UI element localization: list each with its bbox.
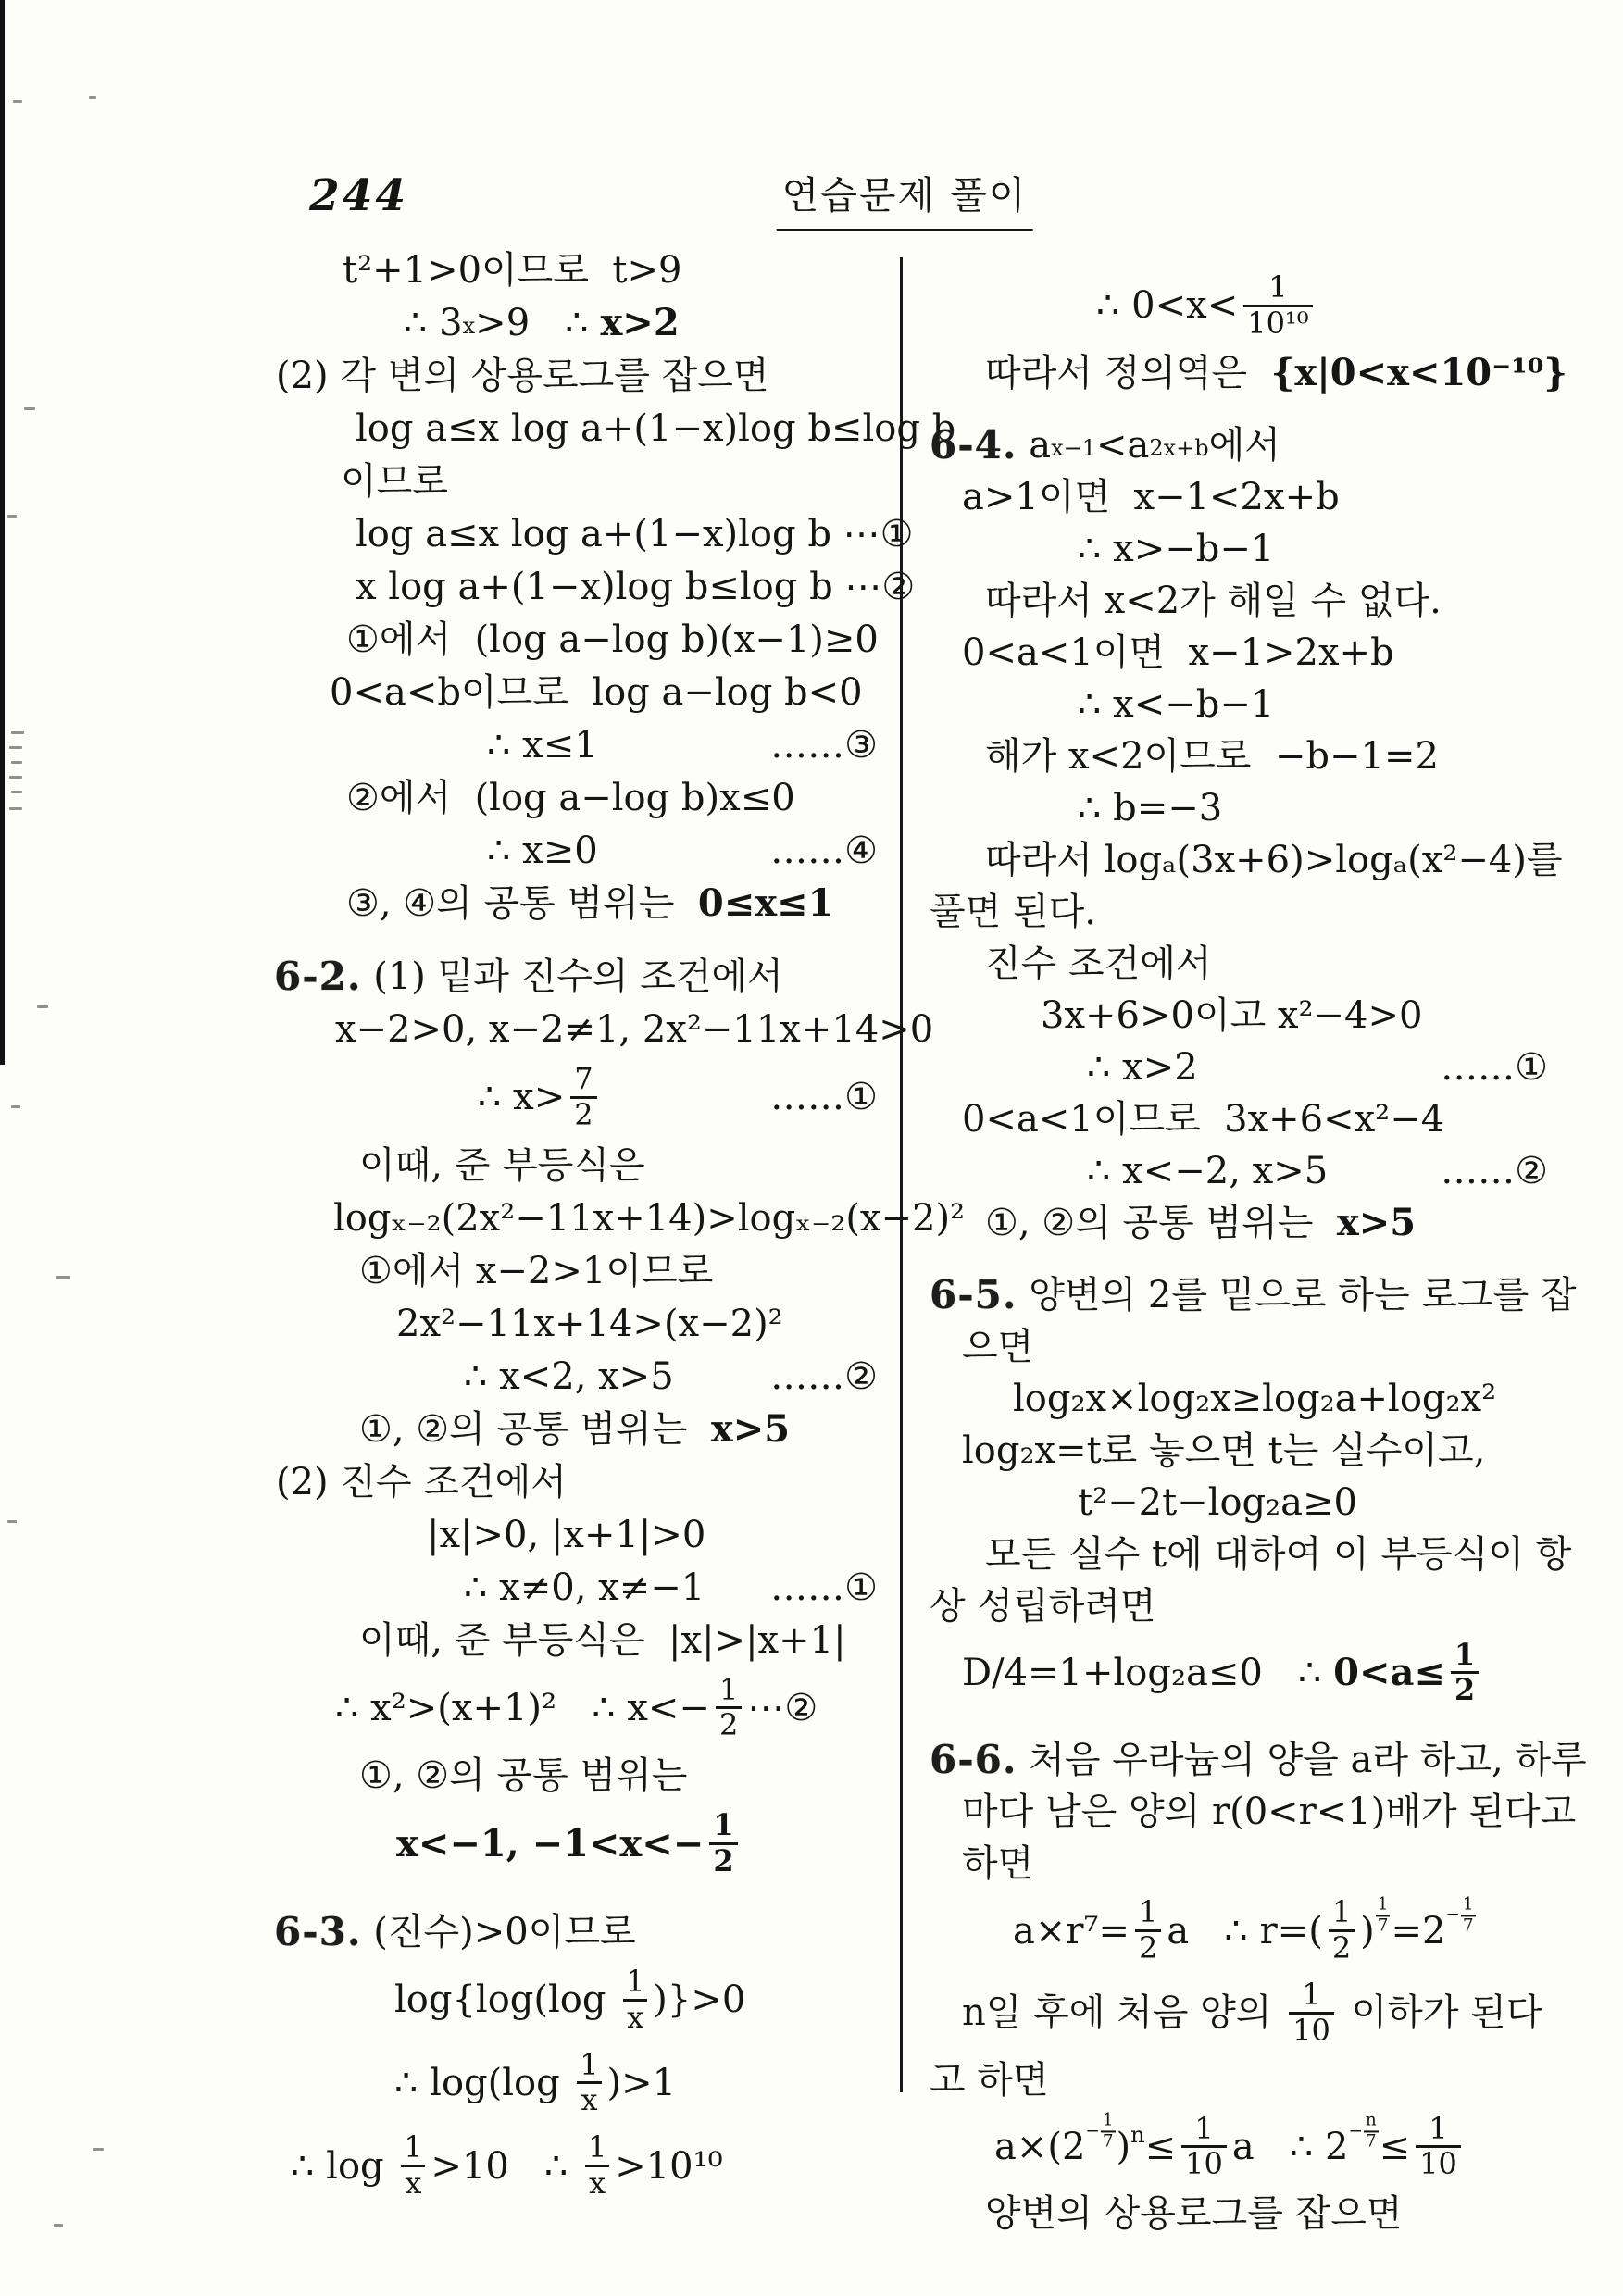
solution-line: 이때, 준 부등식은 |x|>|x+1| xyxy=(359,1618,878,1663)
denominator: 2 xyxy=(716,1706,742,1742)
solution-line: 따라서 x<2가 해일 수 없다. xyxy=(985,579,1548,623)
text-run: 이때, 준 부등식은 xyxy=(359,1143,645,1188)
math-run: ③, ④의 공통 범위는 xyxy=(346,881,698,926)
math-run: ) xyxy=(1360,1909,1375,1953)
math-run: ≤ xyxy=(1380,2125,1411,2169)
exponent: 2x+b xyxy=(1149,426,1208,470)
fraction: 12 xyxy=(1329,1896,1355,1965)
fraction: n7 xyxy=(1364,2112,1379,2152)
solution-line: 이때, 준 부등식은 xyxy=(359,1143,878,1188)
scan-speck xyxy=(11,761,22,764)
math-run: 2x²−11x+14>(x−2)² xyxy=(396,1302,783,1346)
answer-emphasis: x>5 xyxy=(711,1407,790,1452)
scan-speck xyxy=(89,96,96,99)
fraction: 72 xyxy=(570,1063,596,1132)
math-run: x log a+(1−x)log b≤log b ⋯② xyxy=(356,565,915,609)
math-run: >10 ∴ xyxy=(431,2144,580,2189)
solution-line: ∴ x<−b−1 xyxy=(1078,682,1548,727)
circled-ref: ⋯② xyxy=(747,1686,818,1730)
solution-line: log₂x=t로 놓으면 t는 실수이고, xyxy=(962,1429,1548,1473)
math-run: 2 xyxy=(1062,2125,1085,2169)
math-run: log{log(log xyxy=(394,1978,618,2022)
fraction: 110 xyxy=(1289,1978,1334,2048)
solution-line: 으면 xyxy=(962,1325,1548,1369)
fraction: 1x xyxy=(577,2049,601,2118)
denominator: 10 xyxy=(1181,2145,1227,2181)
numerator: 1 xyxy=(1302,1978,1320,2012)
fraction: 110 xyxy=(1416,2113,1461,2182)
text-run: (1) 밑과 진수의 조건에서 xyxy=(362,955,783,999)
solution-line: 따라서 logₐ(3x+6)>logₐ(x²−4)를 xyxy=(985,838,1548,882)
solution-line: ∴ x>72……① xyxy=(478,1060,878,1135)
text-run: 양변의 상용로그를 잡으면 xyxy=(985,2191,1402,2236)
math-run: log a≤x log a+(1−x)log b ⋯① xyxy=(356,512,914,556)
circled-ref: ……④ xyxy=(770,829,878,873)
solution-line: t²+1>0이므로 t>9 xyxy=(343,248,878,293)
solution-line: n일 후에 처음 양의 110 이하가 된다 xyxy=(962,1976,1548,2051)
solution-line: a×(2−17)n≤110a ∴ 2−n7≤110 xyxy=(994,2110,1548,2185)
math-run: ∴ x>−b−1 xyxy=(1078,527,1274,571)
math-run: ∴ 0<x< xyxy=(1096,283,1238,328)
denominator: 10¹⁰ xyxy=(1243,305,1312,341)
denominator: 2 xyxy=(1135,1929,1161,1965)
solution-line: ∴ x<2, x>5……② xyxy=(464,1354,878,1399)
circled-ref: ……① xyxy=(1441,1045,1548,1090)
scan-speck xyxy=(54,2224,63,2227)
scan-speck xyxy=(7,515,17,518)
section-number: 6-4. xyxy=(930,423,1017,468)
numerator: 1 xyxy=(404,2131,422,2165)
scan-edge-bar xyxy=(0,0,5,1065)
exponent-fraction: 17 xyxy=(1375,1895,1392,1935)
math-run: x−2>0, x−2≠1, 2x²−11x+14>0 xyxy=(335,1007,933,1052)
text-run: 이므로 xyxy=(341,459,448,504)
math-run: ∴ x<−2, x>5 xyxy=(1087,1149,1328,1193)
solution-line: ①, ②의 공통 범위는 x>5 xyxy=(985,1201,1548,1245)
solution-line: ∴ log 1x>10 ∴ 1x>10¹⁰ xyxy=(291,2128,878,2203)
text-run: 상 성립하려면 xyxy=(930,1584,1156,1628)
solution-line: ①에서 (log a−log b)(x−1)≥0 xyxy=(346,618,878,662)
solution-line: a>1이면 x−1<2x+b xyxy=(962,475,1548,519)
text-run: 따라서 정의역은 xyxy=(985,351,1271,395)
math-run: ①, ②의 공통 범위는 xyxy=(985,1201,1337,1245)
solution-line: log a≤x log a+(1−x)log b≤log b xyxy=(356,406,878,451)
exponent: n xyxy=(1130,2113,1144,2157)
circled-ref: ……① xyxy=(770,1566,878,1610)
solution-line: a×r⁷=12a ∴ r=(12)17=2−17 xyxy=(1013,1893,1548,1968)
math-run: |x|>0, |x+1|>0 xyxy=(427,1513,705,1557)
fraction: 110 xyxy=(1181,2113,1227,2182)
math-run: log a≤x log a+(1−x)log b≤log b xyxy=(356,406,955,451)
math-run: >10¹⁰ xyxy=(615,2144,722,2189)
denominator: x xyxy=(401,2165,425,2201)
math-run: ②에서 (log a−log b)x≤0 xyxy=(346,776,795,820)
denominator: 10 xyxy=(1289,2012,1334,2048)
exponent-fraction: −n7 xyxy=(1348,2112,1379,2152)
math-run: )}>0 xyxy=(653,1978,745,2022)
denominator: x xyxy=(577,2081,601,2117)
math-run: ①에서 x−2>1이므로 xyxy=(359,1249,713,1293)
math-run: D/4=1+log₂a≤0 ∴ xyxy=(962,1651,1333,1695)
math-run: ∴ x<2, x>5 xyxy=(464,1354,674,1399)
math-run: a ∴ 2 xyxy=(1232,2125,1349,2169)
text-run: (2) 각 변의 상용로그를 잡으면 xyxy=(276,354,769,398)
numerator: 1 xyxy=(1463,1895,1474,1915)
math-run: logₓ₋₂(2x²−11x+14)>logₓ₋₂(x−2)² xyxy=(333,1196,965,1241)
denominator: 2 xyxy=(1451,1671,1479,1707)
denominator: 2 xyxy=(570,1096,596,1132)
solution-line: logₓ₋₂(2x²−11x+14)>logₓ₋₂(x−2)² xyxy=(333,1196,878,1241)
answer-emphasis: 0≤x≤1 xyxy=(698,881,834,926)
math-run: a×r⁷= xyxy=(1013,1909,1130,1953)
math-run: log₂x=t로 놓으면 t는 실수이고, xyxy=(962,1429,1485,1473)
fraction: 12 xyxy=(1451,1639,1479,1708)
solution-line: 고 하면 xyxy=(930,2058,1548,2103)
exponent: x−1 xyxy=(1051,426,1096,470)
solution-line: ②에서 (log a−log b)x≤0 xyxy=(346,776,878,820)
math-run: 0<a<1이면 x−1>2x+b xyxy=(962,630,1394,675)
math-run: ∴ b=−3 xyxy=(1078,786,1222,830)
text-run: (진수)>0이므로 xyxy=(362,1910,636,1954)
denominator: 7 xyxy=(1461,1915,1476,1936)
numerator: 1 xyxy=(719,1674,738,1707)
text-run: (2) 진수 조건에서 xyxy=(276,1460,567,1504)
section-line: 6-4. ax−1<a2x+b에서 xyxy=(930,423,1548,468)
section-line: 6-5. 양변의 2를 밑으로 하는 로그를 잡 xyxy=(930,1273,1548,1317)
math-run: 0<a<b이므로 log a−log b<0 xyxy=(330,670,863,715)
solution-line: 2x²−11x+14>(x−2)² xyxy=(396,1302,878,1346)
solution-line: t²−2t−log₂a≥0 xyxy=(1078,1480,1548,1525)
math-run: >9 ∴ xyxy=(475,301,600,345)
exponent-fraction: −17 xyxy=(1085,2112,1116,2152)
scan-speck xyxy=(11,731,24,734)
numerator: n xyxy=(1366,2112,1377,2131)
scan-speck xyxy=(56,1276,70,1279)
text-run: 하면 xyxy=(962,1841,1033,1886)
math-run: 3x+6>0이고 x²−4>0 xyxy=(1041,993,1422,1038)
fraction: 110¹⁰ xyxy=(1243,271,1312,341)
fraction: 1x xyxy=(401,2131,425,2201)
math-run: ①, ②의 공통 범위는 xyxy=(359,1407,711,1452)
math-run: 0<a<1이므로 3x+6<x²−4 xyxy=(962,1097,1444,1142)
minus-sign: − xyxy=(1085,2123,1099,2140)
solution-line: ∴ x≠0, x≠−1……① xyxy=(464,1566,878,1610)
solution-line: x−2>0, x−2≠1, 2x²−11x+14>0 xyxy=(335,1007,878,1052)
page-number: 244 xyxy=(309,170,408,221)
section-number: 6-6. xyxy=(930,1738,1017,1782)
minus-sign: − xyxy=(1348,2123,1362,2140)
solution-line: log₂x×log₂x≥log₂a+log₂x² xyxy=(1013,1377,1548,1421)
scan-speck xyxy=(37,1005,48,1008)
math-run: log₂x×log₂x≥log₂a+log₂x² xyxy=(1013,1377,1496,1421)
answer-emphasis: x>2 xyxy=(600,301,679,345)
fraction: 17 xyxy=(1461,1895,1476,1935)
math-run: ①, ②의 공통 범위는 xyxy=(359,1753,687,1798)
section-line: 6-3. (진수)>0이므로 xyxy=(274,1910,878,1954)
solution-line: 따라서 정의역은 {x|0<x<10⁻¹⁰} xyxy=(985,351,1548,395)
scan-speck xyxy=(7,1520,17,1523)
fraction: 12 xyxy=(1135,1896,1161,1965)
numerator: 1 xyxy=(1454,1639,1475,1672)
scan-speck xyxy=(93,2148,104,2151)
denominator: 7 xyxy=(1376,1915,1391,1936)
scan-speck xyxy=(11,1105,20,1108)
page-title: 연습문제 풀이 xyxy=(777,165,1033,231)
solution-line: 진수 조건에서 xyxy=(985,942,1548,986)
solution-line: |x|>0, |x+1|>0 xyxy=(427,1513,878,1557)
section-line: 6-6. 처음 우라늄의 양을 a라 하고, 하루 xyxy=(930,1738,1548,1782)
right-column: ∴ 0<x<110¹⁰ 따라서 정의역은 {x|0<x<10⁻¹⁰} 6-4. … xyxy=(930,268,1548,2243)
scan-speck xyxy=(11,791,22,793)
solution-line: (2) 각 변의 상용로그를 잡으면 xyxy=(276,354,878,398)
math-run: ) xyxy=(1117,2125,1131,2169)
denominator: 2 xyxy=(1329,1929,1355,1965)
solution-line: ∴ log(log 1x)>1 xyxy=(394,2046,878,2121)
solution-line: 모든 실수 t에 대하여 이 부등식이 항 xyxy=(985,1532,1548,1577)
math-run: ≤ xyxy=(1145,2125,1177,2169)
numerator: 1 xyxy=(1332,1896,1351,1929)
solution-line: 이므로 xyxy=(341,459,878,504)
solution-line: 0<a<b이므로 log a−log b<0 xyxy=(330,670,878,715)
math-run: 이때, 준 부등식은 |x|>|x+1| xyxy=(359,1618,846,1663)
text-run: 처음 우라늄의 양을 a라 하고, 하루 xyxy=(1017,1738,1587,1782)
math-run: ∴ x≥0 xyxy=(487,829,598,873)
solution-line: (2) 진수 조건에서 xyxy=(276,1460,878,1504)
solution-line: ∴ x²>(x+1)² ∴ x<−12⋯② xyxy=(335,1671,878,1746)
section-number: 6-3. xyxy=(274,1910,362,1954)
solution-line: ∴ x<−2, x>5……② xyxy=(1087,1149,1548,1193)
text-run: n일 후에 처음 양의 xyxy=(962,1990,1283,2035)
text-run: 따라서 x<2가 해일 수 없다. xyxy=(985,579,1442,623)
text-run: 이하가 된다 xyxy=(1340,1990,1542,2035)
denominator: 7 xyxy=(1364,2130,1379,2152)
answer-emphasis: x>5 xyxy=(1337,1201,1416,1245)
numerator: 1 xyxy=(1378,1895,1389,1915)
fraction: 12 xyxy=(709,1809,737,1878)
math-run: a xyxy=(1017,423,1052,468)
numerator: 1 xyxy=(1429,2113,1447,2146)
solution-line: ∴ 3x>9 ∴ x>2 xyxy=(404,301,878,345)
text-run: 으면 xyxy=(962,1325,1033,1369)
solution-line: 하면 xyxy=(962,1841,1548,1886)
answer-emphasis: {x|0<x<10⁻¹⁰} xyxy=(1271,351,1567,395)
denominator: x xyxy=(585,2165,609,2201)
math-run: <a xyxy=(1096,423,1149,468)
math-run: ∴ log xyxy=(291,2144,395,2189)
math-run: ∴ x> xyxy=(478,1075,565,1119)
denominator: 10 xyxy=(1416,2145,1461,2181)
solution-line: 풀면 된다. xyxy=(930,890,1548,934)
math-run: ∴ x<−b−1 xyxy=(1078,682,1274,727)
numerator: 1 xyxy=(588,2131,606,2165)
solution-line: ③, ④의 공통 범위는 0≤x≤1 xyxy=(346,881,878,926)
math-run: t²+1>0이므로 t>9 xyxy=(343,248,681,293)
scan-speck xyxy=(9,746,22,749)
left-column: t²+1>0이므로 t>9 ∴ 3x>9 ∴ x>2 (2) 각 변의 상용로그… xyxy=(274,248,878,2212)
solution-line: ∴ b=−3 xyxy=(1078,786,1548,830)
numerator: 1 xyxy=(1268,271,1287,305)
exponent-fraction: −17 xyxy=(1445,1895,1476,1935)
fraction: 17 xyxy=(1101,2112,1116,2152)
numerator: 1 xyxy=(580,2049,598,2082)
math-run: ∴ x>2 xyxy=(1087,1045,1198,1090)
denominator: x xyxy=(623,1999,647,2035)
section-number: 6-5. xyxy=(930,1273,1017,1317)
math-run: ∴ log(log xyxy=(394,2061,571,2105)
numerator: 1 xyxy=(626,1965,644,1999)
solution-line: D/4=1+log₂a≤0 ∴ 0<a≤12 xyxy=(962,1636,1548,1711)
solution-line: log a≤x log a+(1−x)log b ⋯① xyxy=(356,512,878,556)
exponent: x xyxy=(463,304,476,348)
scan-speck xyxy=(9,807,22,810)
solution-line: ∴ x≥0……④ xyxy=(487,829,878,873)
solution-line: ①, ②의 공통 범위는 x>5 xyxy=(359,1407,878,1452)
denominator: 2 xyxy=(709,1842,737,1878)
scan-speck xyxy=(9,776,22,779)
solution-line: ①에서 x−2>1이므로 xyxy=(359,1249,878,1293)
solution-line: ∴ x>2……① xyxy=(1087,1045,1548,1090)
math-run: ∴ 3 xyxy=(404,301,463,345)
solution-line: 상 성립하려면 xyxy=(930,1584,1548,1628)
answer-emphasis: x<−1, −1<x<− xyxy=(396,1822,704,1866)
math-run: ∴ x≤1 xyxy=(487,723,598,767)
circled-ref: ……③ xyxy=(770,723,878,767)
text-run: 마다 남은 양의 r(0<r<1)배가 된다고 xyxy=(962,1790,1576,1834)
answer-emphasis: 0<a≤ xyxy=(1333,1651,1445,1695)
math-run: a>1이면 x−1<2x+b xyxy=(962,475,1340,519)
fraction: 17 xyxy=(1376,1895,1391,1935)
solution-line: ∴ x>−b−1 xyxy=(1078,527,1548,571)
solution-line: 양변의 상용로그를 잡으면 xyxy=(985,2191,1548,2236)
solution-line: ∴ x≤1……③ xyxy=(487,723,878,767)
minus-sign: − xyxy=(1445,1907,1459,1924)
solution-line: 0<a<1이므로 3x+6<x²−4 xyxy=(962,1097,1548,1142)
textbook-page: 244 연습문제 풀이 t²+1>0이므로 t>9 ∴ 3x>9 ∴ x>2 (… xyxy=(0,0,1623,2296)
text-run: 모든 실수 t에 대하여 이 부등식이 항 xyxy=(985,1532,1571,1577)
solution-line: ①, ②의 공통 범위는 xyxy=(359,1753,878,1798)
math-run: ①에서 (log a−log b)(x−1)≥0 xyxy=(346,618,879,662)
solution-line: log{log(log 1x)}>0 xyxy=(394,1963,878,2038)
numerator: 1 xyxy=(713,1809,733,1842)
solution-line: x<−1, −1<x<−12 xyxy=(396,1806,878,1881)
math-run: ∴ x≠0, x≠−1 xyxy=(464,1566,705,1610)
denominator: 7 xyxy=(1101,2130,1116,2152)
solution-line: ∴ 0<x<110¹⁰ xyxy=(1096,268,1548,343)
section-line: 6-2. (1) 밑과 진수의 조건에서 xyxy=(274,955,878,999)
numerator: 1 xyxy=(1194,2113,1213,2146)
math-run: =2 xyxy=(1391,1909,1445,1953)
math-run: a×( xyxy=(994,2125,1062,2169)
math-run: )>1 xyxy=(607,2061,677,2105)
circled-ref: ……① xyxy=(770,1075,878,1119)
solution-line: x log a+(1−x)log b≤log b ⋯② xyxy=(356,565,878,609)
text-run: 에서 xyxy=(1209,423,1280,468)
text-run: 풀면 된다. xyxy=(930,890,1096,934)
solution-line: 마다 남은 양의 r(0<r<1)배가 된다고 xyxy=(962,1790,1548,1834)
solution-line: 3x+6>0이고 x²−4>0 xyxy=(1041,993,1548,1038)
numerator: 1 xyxy=(1103,2112,1114,2131)
text-run: 진수 조건에서 xyxy=(985,942,1212,986)
math-run: a ∴ r=( xyxy=(1167,1909,1322,1953)
scan-speck xyxy=(13,100,22,103)
math-run: t²−2t−log₂a≥0 xyxy=(1078,1480,1357,1525)
scan-speck xyxy=(24,407,35,410)
numerator: 7 xyxy=(574,1063,593,1096)
text-run: 고 하면 xyxy=(930,2058,1049,2103)
solution-line: 0<a<1이면 x−1>2x+b xyxy=(962,630,1548,675)
section-number: 6-2. xyxy=(274,955,362,999)
math-run: 따라서 logₐ(3x+6)>logₐ(x²−4)를 xyxy=(985,838,1563,882)
numerator: 1 xyxy=(1139,1896,1157,1929)
fraction: 12 xyxy=(716,1674,742,1743)
fraction: 1x xyxy=(623,1965,647,2035)
math-run: ∴ x²>(x+1)² ∴ x<− xyxy=(335,1686,710,1730)
solution-line: 해가 x<2이므로 −b−1=2 xyxy=(985,734,1548,779)
math-run: 해가 x<2이므로 −b−1=2 xyxy=(985,734,1439,779)
fraction: 1x xyxy=(585,2131,609,2201)
circled-ref: ……② xyxy=(770,1354,878,1399)
text-run: 양변의 2를 밑으로 하는 로그를 잡 xyxy=(1017,1273,1577,1317)
circled-ref: ……② xyxy=(1441,1149,1548,1193)
